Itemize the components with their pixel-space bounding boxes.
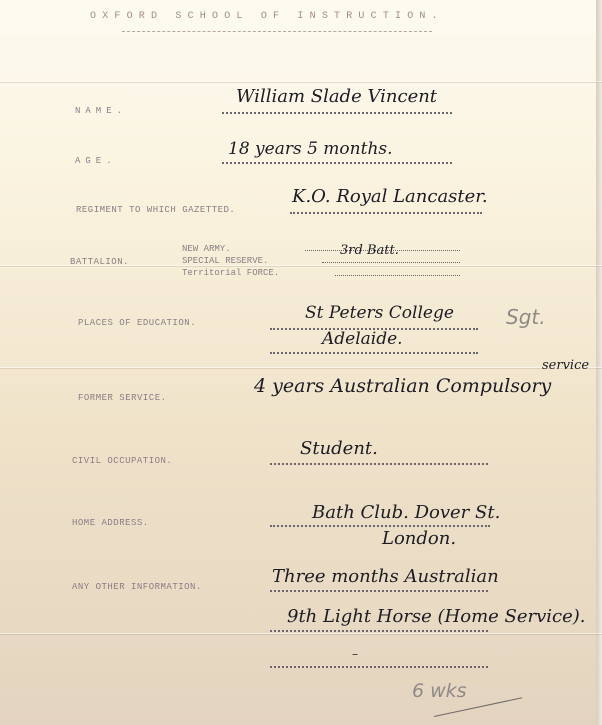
former-service-value: 4 years Australian Compulsory (254, 375, 551, 397)
document-page: OXFORD SCHOOL OF INSTRUCTION. NAME. Will… (0, 0, 602, 725)
former-service-superscript: service (542, 358, 589, 373)
other-information-label: ANY OTHER INFORMATION. (72, 582, 202, 592)
education-value-line1: St Peters College (305, 303, 454, 323)
home-address-dotted-line (270, 525, 490, 527)
education-annotation: Sgt. (506, 305, 546, 329)
paper-fold (0, 81, 602, 82)
paper-fold (0, 367, 602, 368)
document-title: OXFORD SCHOOL OF INSTRUCTION. (90, 11, 444, 22)
other-information-value-line1: Three months Australian (272, 566, 499, 587)
regiment-label: REGIMENT TO WHICH GAZETTED. (76, 205, 235, 215)
name-label: NAME. (75, 106, 127, 116)
regiment-dotted-line (290, 212, 482, 214)
home-address-value-line2: London. (382, 528, 456, 549)
former-service-label: FORMER SERVICE. (78, 393, 167, 403)
battalion-option-territorial-force: Territorial FORCE. (182, 268, 279, 279)
paper-fold (0, 633, 602, 634)
battalion-option-special-reserve: SPECIAL RESERVE. (182, 256, 268, 267)
other-information-blank-mark: – (352, 647, 358, 661)
education-value-line2: Adelaide. (322, 329, 403, 349)
name-dotted-line (222, 112, 452, 114)
page-edge (596, 0, 602, 725)
battalion-dotted-line (335, 275, 460, 276)
battalion-option-new-army: NEW ARMY. (182, 244, 231, 255)
battalion-label: BATTALION. (70, 257, 129, 267)
other-information-dotted-line (270, 630, 488, 632)
name-value: William Slade Vincent (236, 86, 437, 107)
civil-occupation-dotted-line (270, 463, 488, 465)
education-dotted-line (270, 352, 478, 354)
age-dotted-line (222, 162, 452, 164)
home-address-value-line1: Bath Club. Dover St. (312, 502, 500, 523)
age-value: 18 years 5 months. (228, 139, 393, 159)
other-information-value-line2: 9th Light Horse (Home Service). (287, 606, 586, 627)
footer-annotation: 6 wks (412, 680, 467, 702)
battalion-value: 3rd Batt. (340, 243, 399, 258)
age-label: AGE. (75, 156, 117, 166)
civil-occupation-label: CIVIL OCCUPATION. (72, 456, 172, 466)
title-underline (122, 31, 432, 32)
home-address-label: HOME ADDRESS. (72, 518, 149, 528)
battalion-dotted-line (322, 262, 460, 263)
regiment-value: K.O. Royal Lancaster. (292, 186, 488, 207)
other-information-dotted-line (270, 590, 488, 592)
civil-occupation-value: Student. (300, 438, 378, 459)
other-information-dotted-line (270, 666, 488, 668)
education-label: PLACES OF EDUCATION. (78, 318, 196, 328)
